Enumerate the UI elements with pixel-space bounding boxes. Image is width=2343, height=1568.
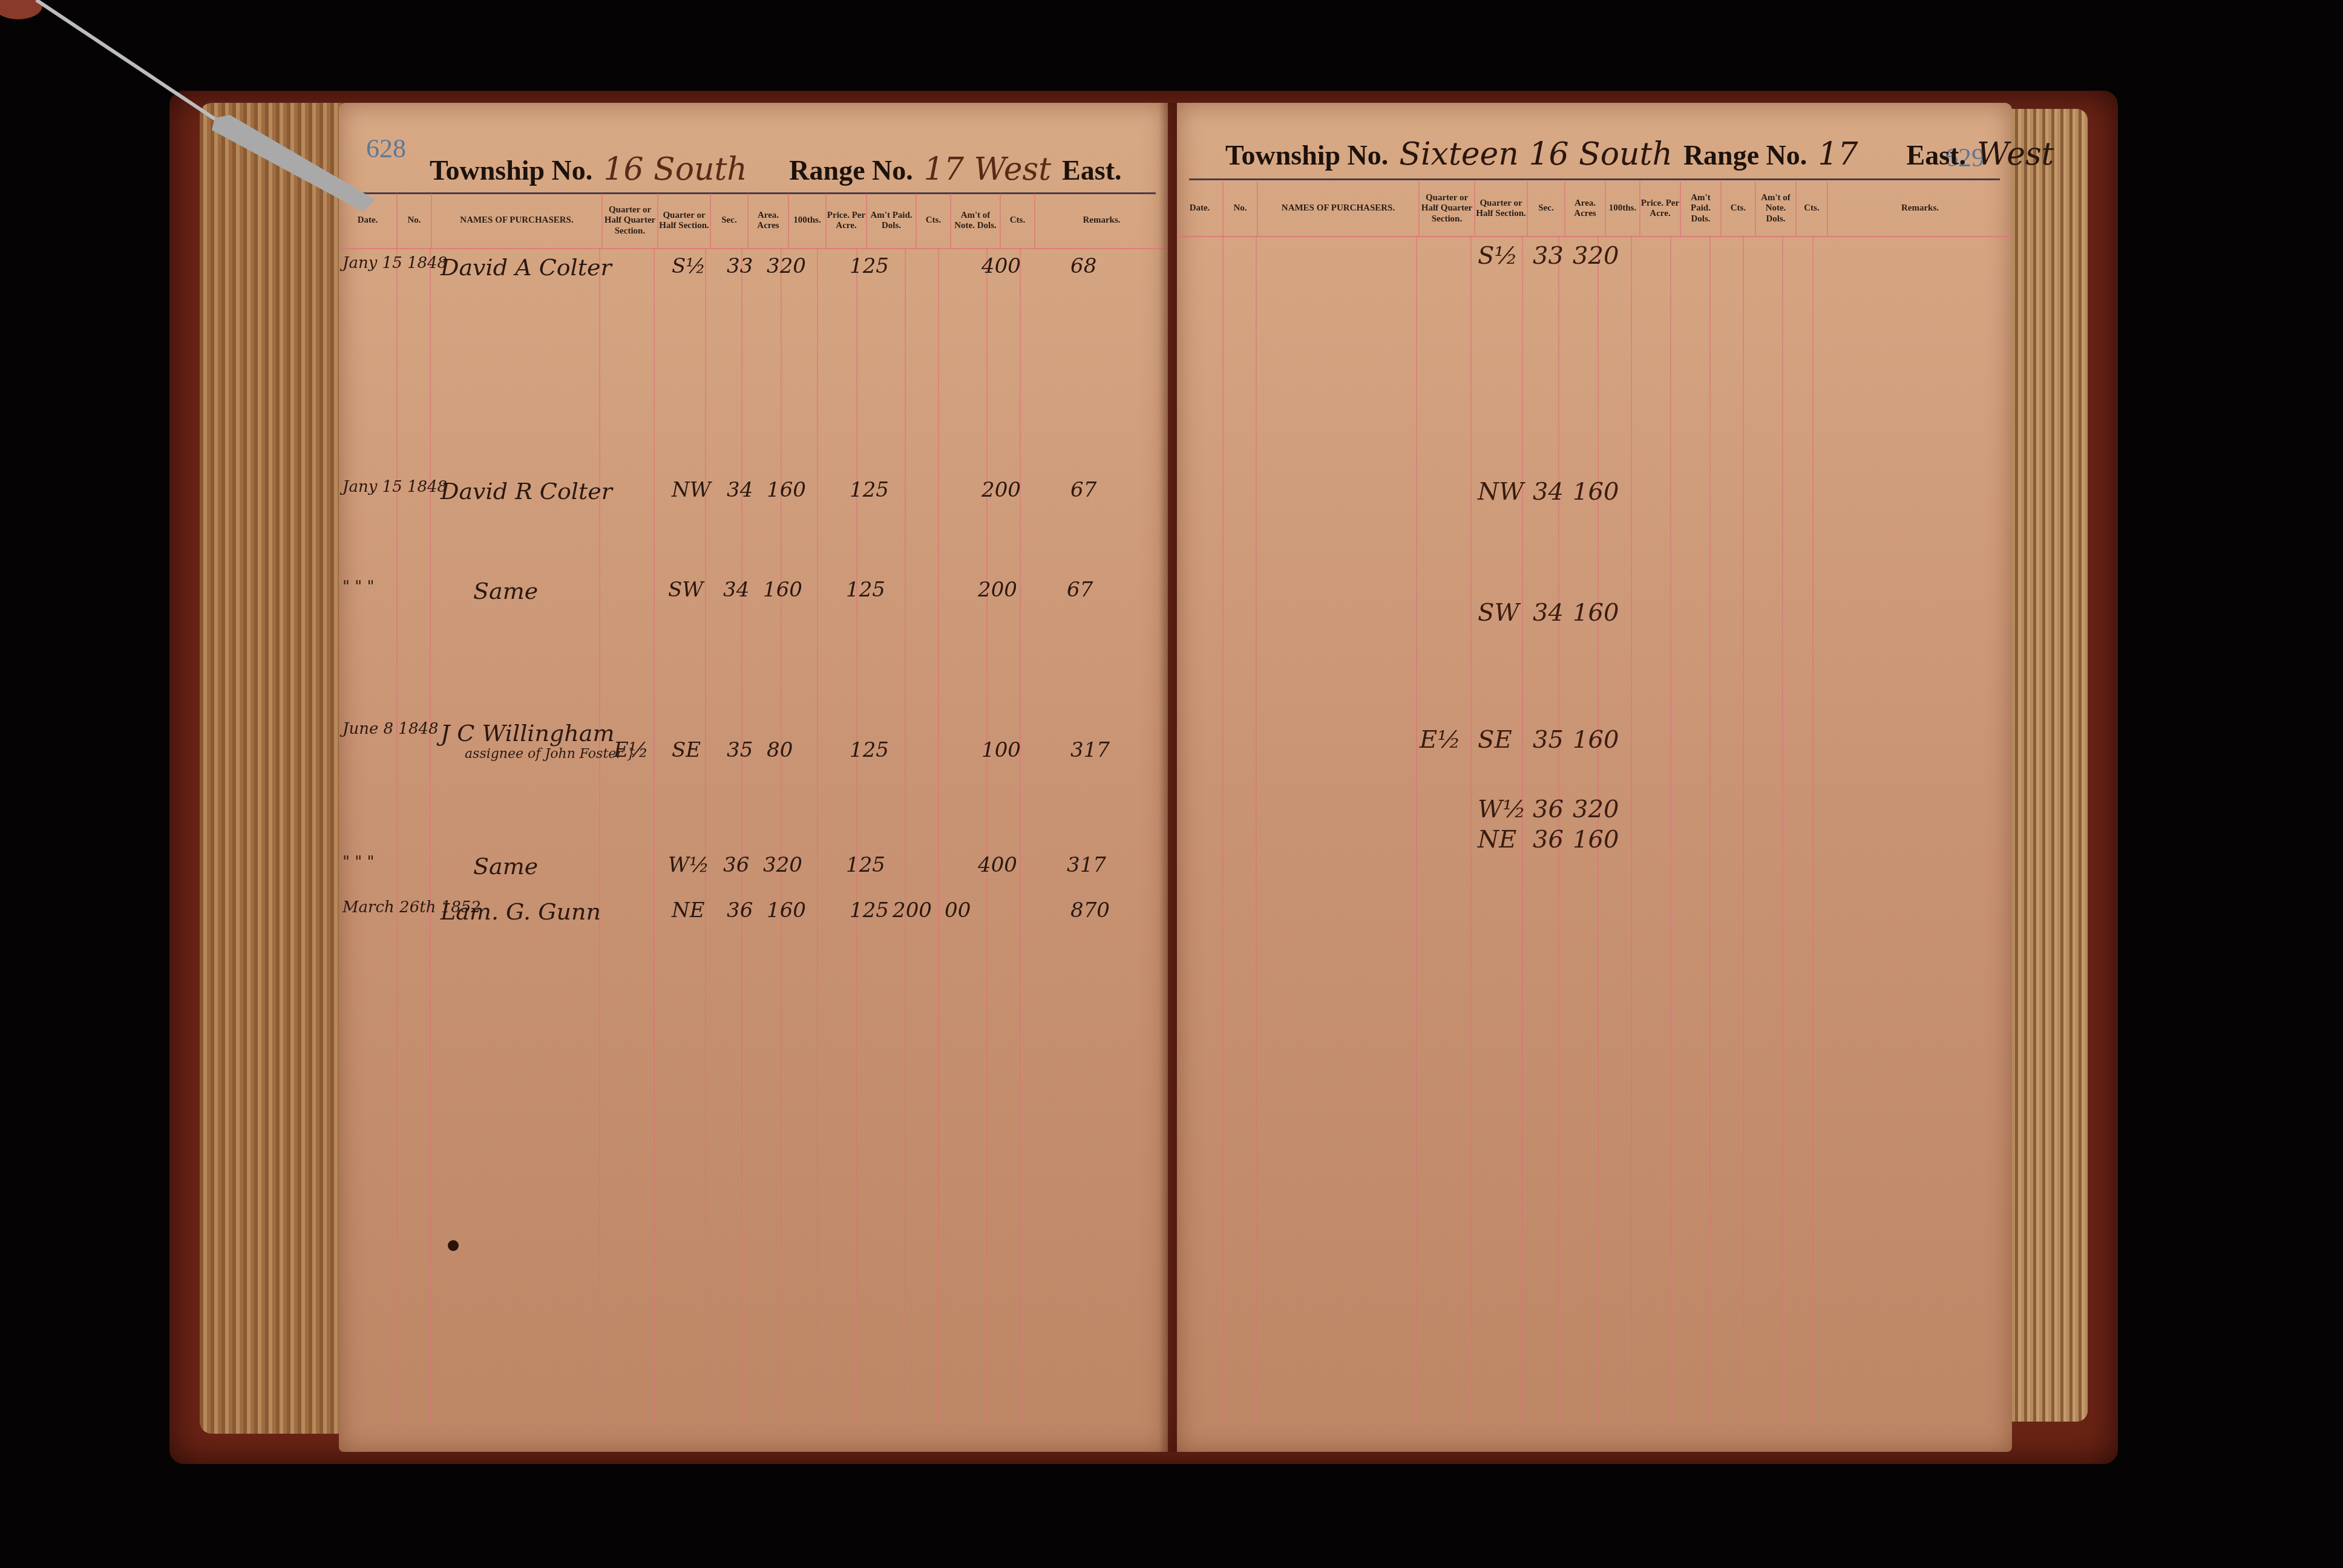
range-value: 17 West [924,151,1051,188]
cell-note-dols: 100 [978,720,1030,762]
cell-remarks: 67 [1067,478,1168,502]
cell-sec: 34 [719,578,759,602]
pointer-shaft [36,0,218,121]
cell-date: Jany 15 1848 [339,254,400,272]
cell-name: Same [437,578,606,604]
cell-sec: 36 [1529,795,1569,823]
col-hundredths: 100ths. [1606,181,1640,236]
cell-half: SE [1474,726,1529,754]
ledger-page-left: 628 Township No.16 South Range No.17 Wes… [339,103,1168,1452]
cell-qhq: E½ [1416,726,1474,754]
cell-price: 125 [846,254,889,278]
cell-half: SW [1474,599,1529,627]
col-paid-dols: Am't Paid. Dols. [867,194,917,248]
direction-printed: East. [1907,140,1966,171]
cell-sec: 36 [719,853,759,877]
cell-paid-dols: 200 [889,898,941,923]
page-header: Township No.16 South Range No.17 WestEas… [430,151,1121,188]
col-note-dols: Am't of Note. Dols. [951,194,1001,248]
col-acres: Area. Acres [749,194,789,248]
cell-remarks: 870 [1067,898,1168,923]
cell-acres: 320 [759,853,802,877]
cell-price: 125 [846,720,889,762]
col-note-cts: Cts. [1001,194,1035,248]
col-price: Price. Per Acre. [827,194,867,248]
table-row: W½ 36 320 [1416,795,2012,823]
cell-half: NE [1474,826,1529,854]
col-half: Quarter or Half Section. [658,194,711,248]
table-row: NW 34 160 [1416,478,2012,506]
cell-sec: 36 [1529,826,1569,854]
cell-acres: 160 [1569,599,1612,627]
col-date: Date. [1177,181,1224,236]
township-value: Sixteen 16 South [1399,136,1673,172]
col-no: No. [1224,181,1258,236]
cell-remarks: 317 [1063,853,1168,877]
table-row: S½ 33 320 [1416,242,2012,270]
cell-sec: 34 [723,478,763,502]
cell-sec: 33 [723,254,763,278]
col-price: Price. Per Acre. [1640,181,1681,236]
page-header: Township No.Sixteen 16 SouthRange No.17E… [1225,136,2065,172]
cell-acres: 160 [759,578,802,602]
cell-remarks: 68 [1067,254,1168,278]
cell-price: 125 [842,853,885,877]
cell-half: S½ [668,254,723,278]
col-note-cts: Cts. [1797,181,1828,236]
cell-acres: 160 [1569,478,1612,506]
table-row: NE 36 160 [1416,826,2012,854]
col-note-dols: Am't of Note. Dols. [1756,181,1797,236]
header-rule [1189,178,2000,180]
col-remarks: Remarks. [1035,194,1168,248]
pointer-blade [212,115,375,212]
table-row: SW 34 160 [1416,599,2012,627]
township-value: 16 South [603,151,747,188]
cell-half: S½ [1474,242,1529,270]
cell-sec: 34 [1529,478,1569,506]
cell-price: 125 [842,578,885,602]
table-row: E½ SE 35 160 [1416,726,2012,754]
cell-half: SW [664,578,719,602]
cell-acres: 80 [763,720,806,762]
cell-sec: 33 [1529,242,1569,270]
cell-sec: 35 [723,720,763,762]
cell-half: W½ [1474,795,1529,823]
cell-half: SE [668,720,723,762]
direction-printed: East. [1062,155,1121,186]
cell-price: 125 [846,478,889,502]
cell-sec: 36 [723,898,763,923]
cell-name: Lam. G. Gunn [437,898,610,925]
cell-date: Jany 15 1848 [339,478,400,496]
range-label: Range No. [1683,140,1807,171]
cell-half: NW [668,478,723,502]
col-sec: Sec. [1528,181,1565,236]
table-row: June 8 1848 J C Willingham assignee of J… [339,720,1168,762]
cell-note-dols: 200 [974,578,1026,602]
cell-acres: 160 [1569,826,1612,854]
table-row: Jany 15 1848 David A Colter S½ 33 320 12… [339,254,1168,281]
township-label: Township No. [1225,140,1388,171]
cell-half: NW [1474,478,1529,506]
finger-tip [0,0,42,19]
table-row: " " " Same SW 34 160 125 200 67 [339,578,1168,604]
page-edges-left [200,103,357,1434]
cell-date: June 8 1848 [339,720,400,738]
cell-remarks: 317 [1067,720,1168,762]
cell-half: NE [668,898,723,923]
cell-qhq: E½ [610,720,668,762]
table-row: " " " Same W½ 36 320 125 400 317 [339,853,1168,880]
cell-note-dols: 400 [974,853,1026,877]
cell-note-dols: 200 [978,478,1030,502]
cell-paid-cts: 00 [941,898,978,923]
range-value: 17 [1818,136,1858,172]
col-paid-cts: Cts. [917,194,951,248]
page-pointer-tool [0,0,496,242]
cell-sec: 34 [1529,599,1569,627]
cell-name: Same [437,853,606,880]
direction-handwritten: West [1977,136,2054,172]
cell-date: " " " [339,578,400,596]
ink-spot [448,1240,459,1251]
col-half: Quarter or Half Section. [1475,181,1528,236]
cell-sec: 35 [1529,726,1569,754]
col-sec: Sec. [711,194,749,248]
column-headers: Date. No. NAMES OF PURCHASERS. Quarter o… [1177,181,2012,236]
cell-half: W½ [664,853,719,877]
table-row: Jany 15 1848 David R Colter NW 34 160 12… [339,478,1168,505]
cell-name: J C Willingham assignee of John Foster } [437,720,610,762]
cell-acres: 160 [1569,726,1612,754]
ledger-page-right: 629 Township No.Sixteen 16 SouthRange No… [1177,103,2012,1452]
cell-acres: 320 [763,254,806,278]
col-names: NAMES OF PURCHASERS. [1258,181,1420,236]
cell-remarks: 67 [1063,578,1168,602]
cell-acres: 320 [1569,795,1612,823]
cell-acres: 320 [1569,242,1612,270]
cell-name: David R Colter [437,478,610,505]
cell-acres: 160 [763,898,806,923]
cell-date: March 26th 1852 [339,898,400,916]
range-label: Range No. [789,155,913,186]
cell-price: 125 [846,898,889,923]
table-row: March 26th 1852 Lam. G. Gunn NE 36 160 1… [339,898,1168,925]
col-hundredths: 100ths. [789,194,827,248]
purchaser-name: J C Willingham [441,720,614,746]
col-remarks: Remarks. [1828,181,2012,236]
col-paid-dols: Am't Paid. Dols. [1681,181,1722,236]
col-qhq: Quarter or Half Quarter Section. [603,194,658,248]
cell-acres: 160 [763,478,806,502]
col-qhq: Quarter or Half Quarter Section. [1420,181,1475,236]
purchaser-name-sub: assignee of John Foster } [465,746,610,762]
column-rules [339,248,1168,1428]
col-paid-cts: Cts. [1722,181,1756,236]
cell-name: David A Colter [437,254,610,281]
cell-date: " " " [339,853,400,871]
col-acres: Area. Acres [1565,181,1606,236]
cell-note-dols: 400 [978,254,1030,278]
